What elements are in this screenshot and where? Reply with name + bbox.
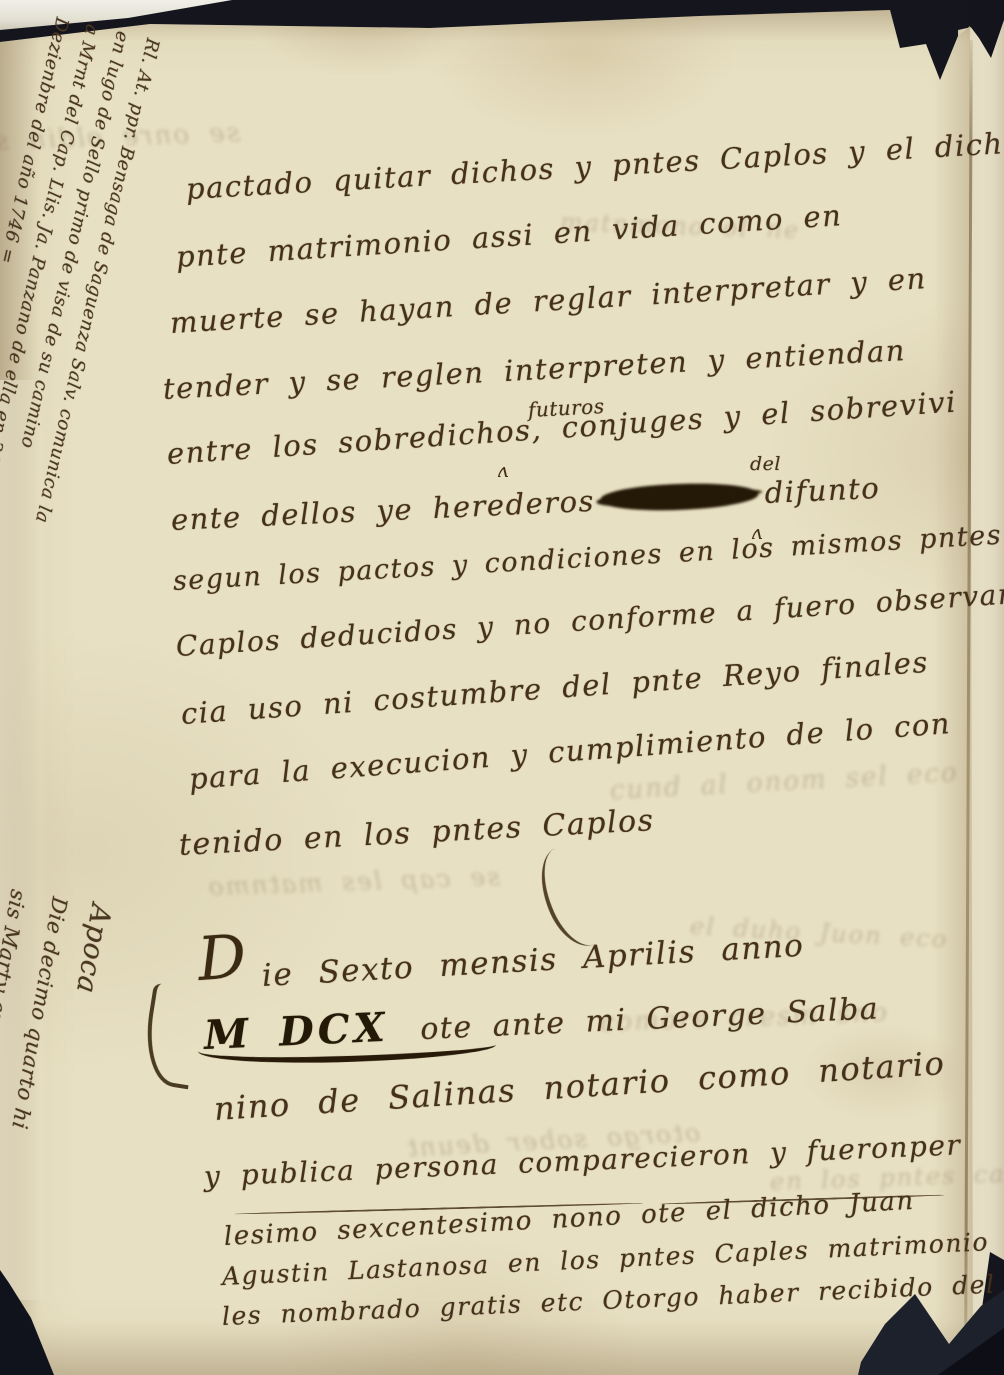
interline-insertion: del: [750, 453, 781, 475]
insertion-caret: ʌ: [497, 458, 508, 482]
line-text: difunto: [764, 471, 881, 510]
ink-blot-strikethrough: [600, 480, 759, 513]
illuminated-initial: D: [196, 922, 250, 995]
manuscript-photo: se onre oldin sno se matnmono ol ne cund…: [0, 0, 1004, 1375]
